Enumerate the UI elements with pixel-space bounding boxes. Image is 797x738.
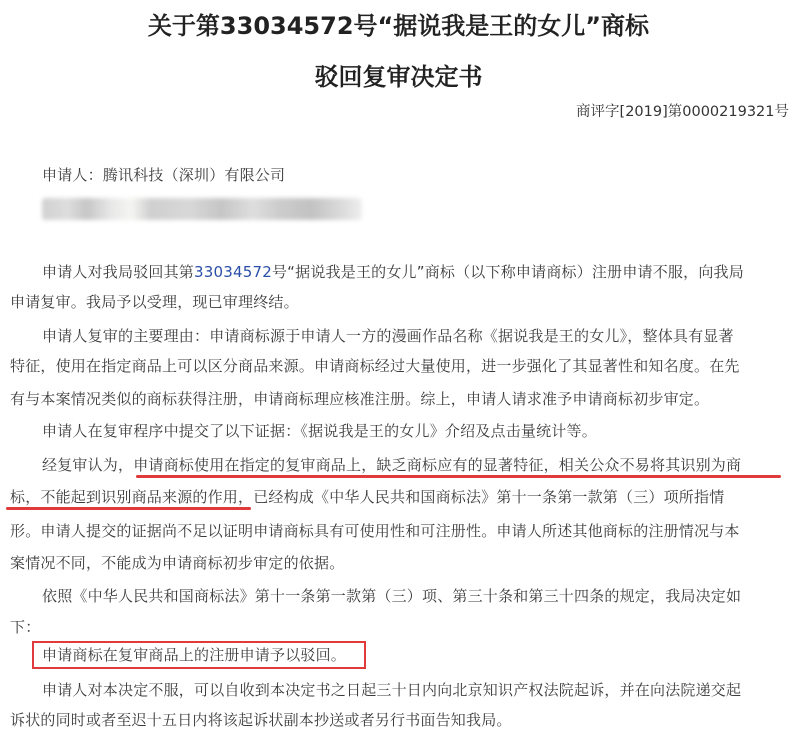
paragraph-6-line-1: 申请人对本决定不服，可以自收到本决定书之日起三十日内向北京知识产权法院起诉，并在… [42, 680, 741, 700]
paragraph-5-line-1: 依照《中华人民共和国商标法》第十一条第一款第（三）项、第三十条和第三十四条的规定… [42, 586, 741, 606]
p1-text-b: 号“据说我是王的女儿”商标（以下称申请商标）注册申请不服，向我局 [272, 263, 744, 281]
paragraph-2-line-1: 申请人复审的主要理由：申请商标源于申请人一方的漫画作品名称《据说我是王的女儿》，… [42, 326, 734, 346]
paragraph-3-line-1: 申请人在复审程序中提交了以下证据：《据说我是王的女儿》介绍及点击量统计等。 [42, 421, 597, 441]
document-title-line1: 关于第33034572号“据说我是王的女儿”商标 [0, 6, 797, 41]
red-underline-2 [6, 507, 251, 510]
decision-text: 申请商标在复审商品上的注册申请予以驳回。 [42, 645, 346, 665]
trademark-number-link[interactable]: 33034572 [194, 263, 272, 281]
paragraph-1-line-1: 申请人对我局驳回其第33034572号“据说我是王的女儿”商标（以下称申请商标）… [42, 262, 744, 282]
paragraph-4-line-1: 经复审认为，申请商标使用在指定的复审商品上，缺乏商标应有的显著特征，相关公众不易… [42, 455, 741, 475]
paragraph-4-line-3: 形。申请人提交的证据尚不足以证明申请商标具有可使用性和可注册性。申请人所述其他商… [10, 521, 740, 541]
p1-text-a: 申请人对我局驳回其第 [42, 263, 194, 281]
paragraph-2-line-2: 特征，使用在指定商品上可以区分商品来源。申请商标经过大量使用，进一步强化了其显著… [10, 356, 740, 376]
redacted-address-blur [42, 198, 362, 220]
paragraph-1-line-2: 申请复审。我局予以受理，现已审理终结。 [10, 292, 299, 312]
paragraph-2-line-3: 有与本案情况类似的商标获得注册，申请商标理应核准注册。综上，申请人请求准予申请商… [10, 389, 709, 409]
red-underline-1 [136, 475, 781, 478]
paragraph-4-line-2: 标，不能起到识别商品来源的作用，已经构成《中华人民共和国商标法》第十一条第一款第… [10, 487, 724, 507]
paragraph-5-line-2: 下： [10, 617, 40, 637]
document-title-line2: 驳回复审决定书 [0, 57, 797, 92]
paragraph-6-line-2: 诉状的同时或者至迟十五日内将该起诉状副本抄送或者另行书面告知我局。 [10, 710, 512, 730]
paragraph-4-line-4: 案情况不同，不能成为申请商标初步审定的依据。 [10, 553, 344, 573]
document-number: 商评字[2019]第0000219321号 [576, 100, 789, 121]
applicant-line: 申请人：腾讯科技（深圳）有限公司 [42, 165, 285, 185]
